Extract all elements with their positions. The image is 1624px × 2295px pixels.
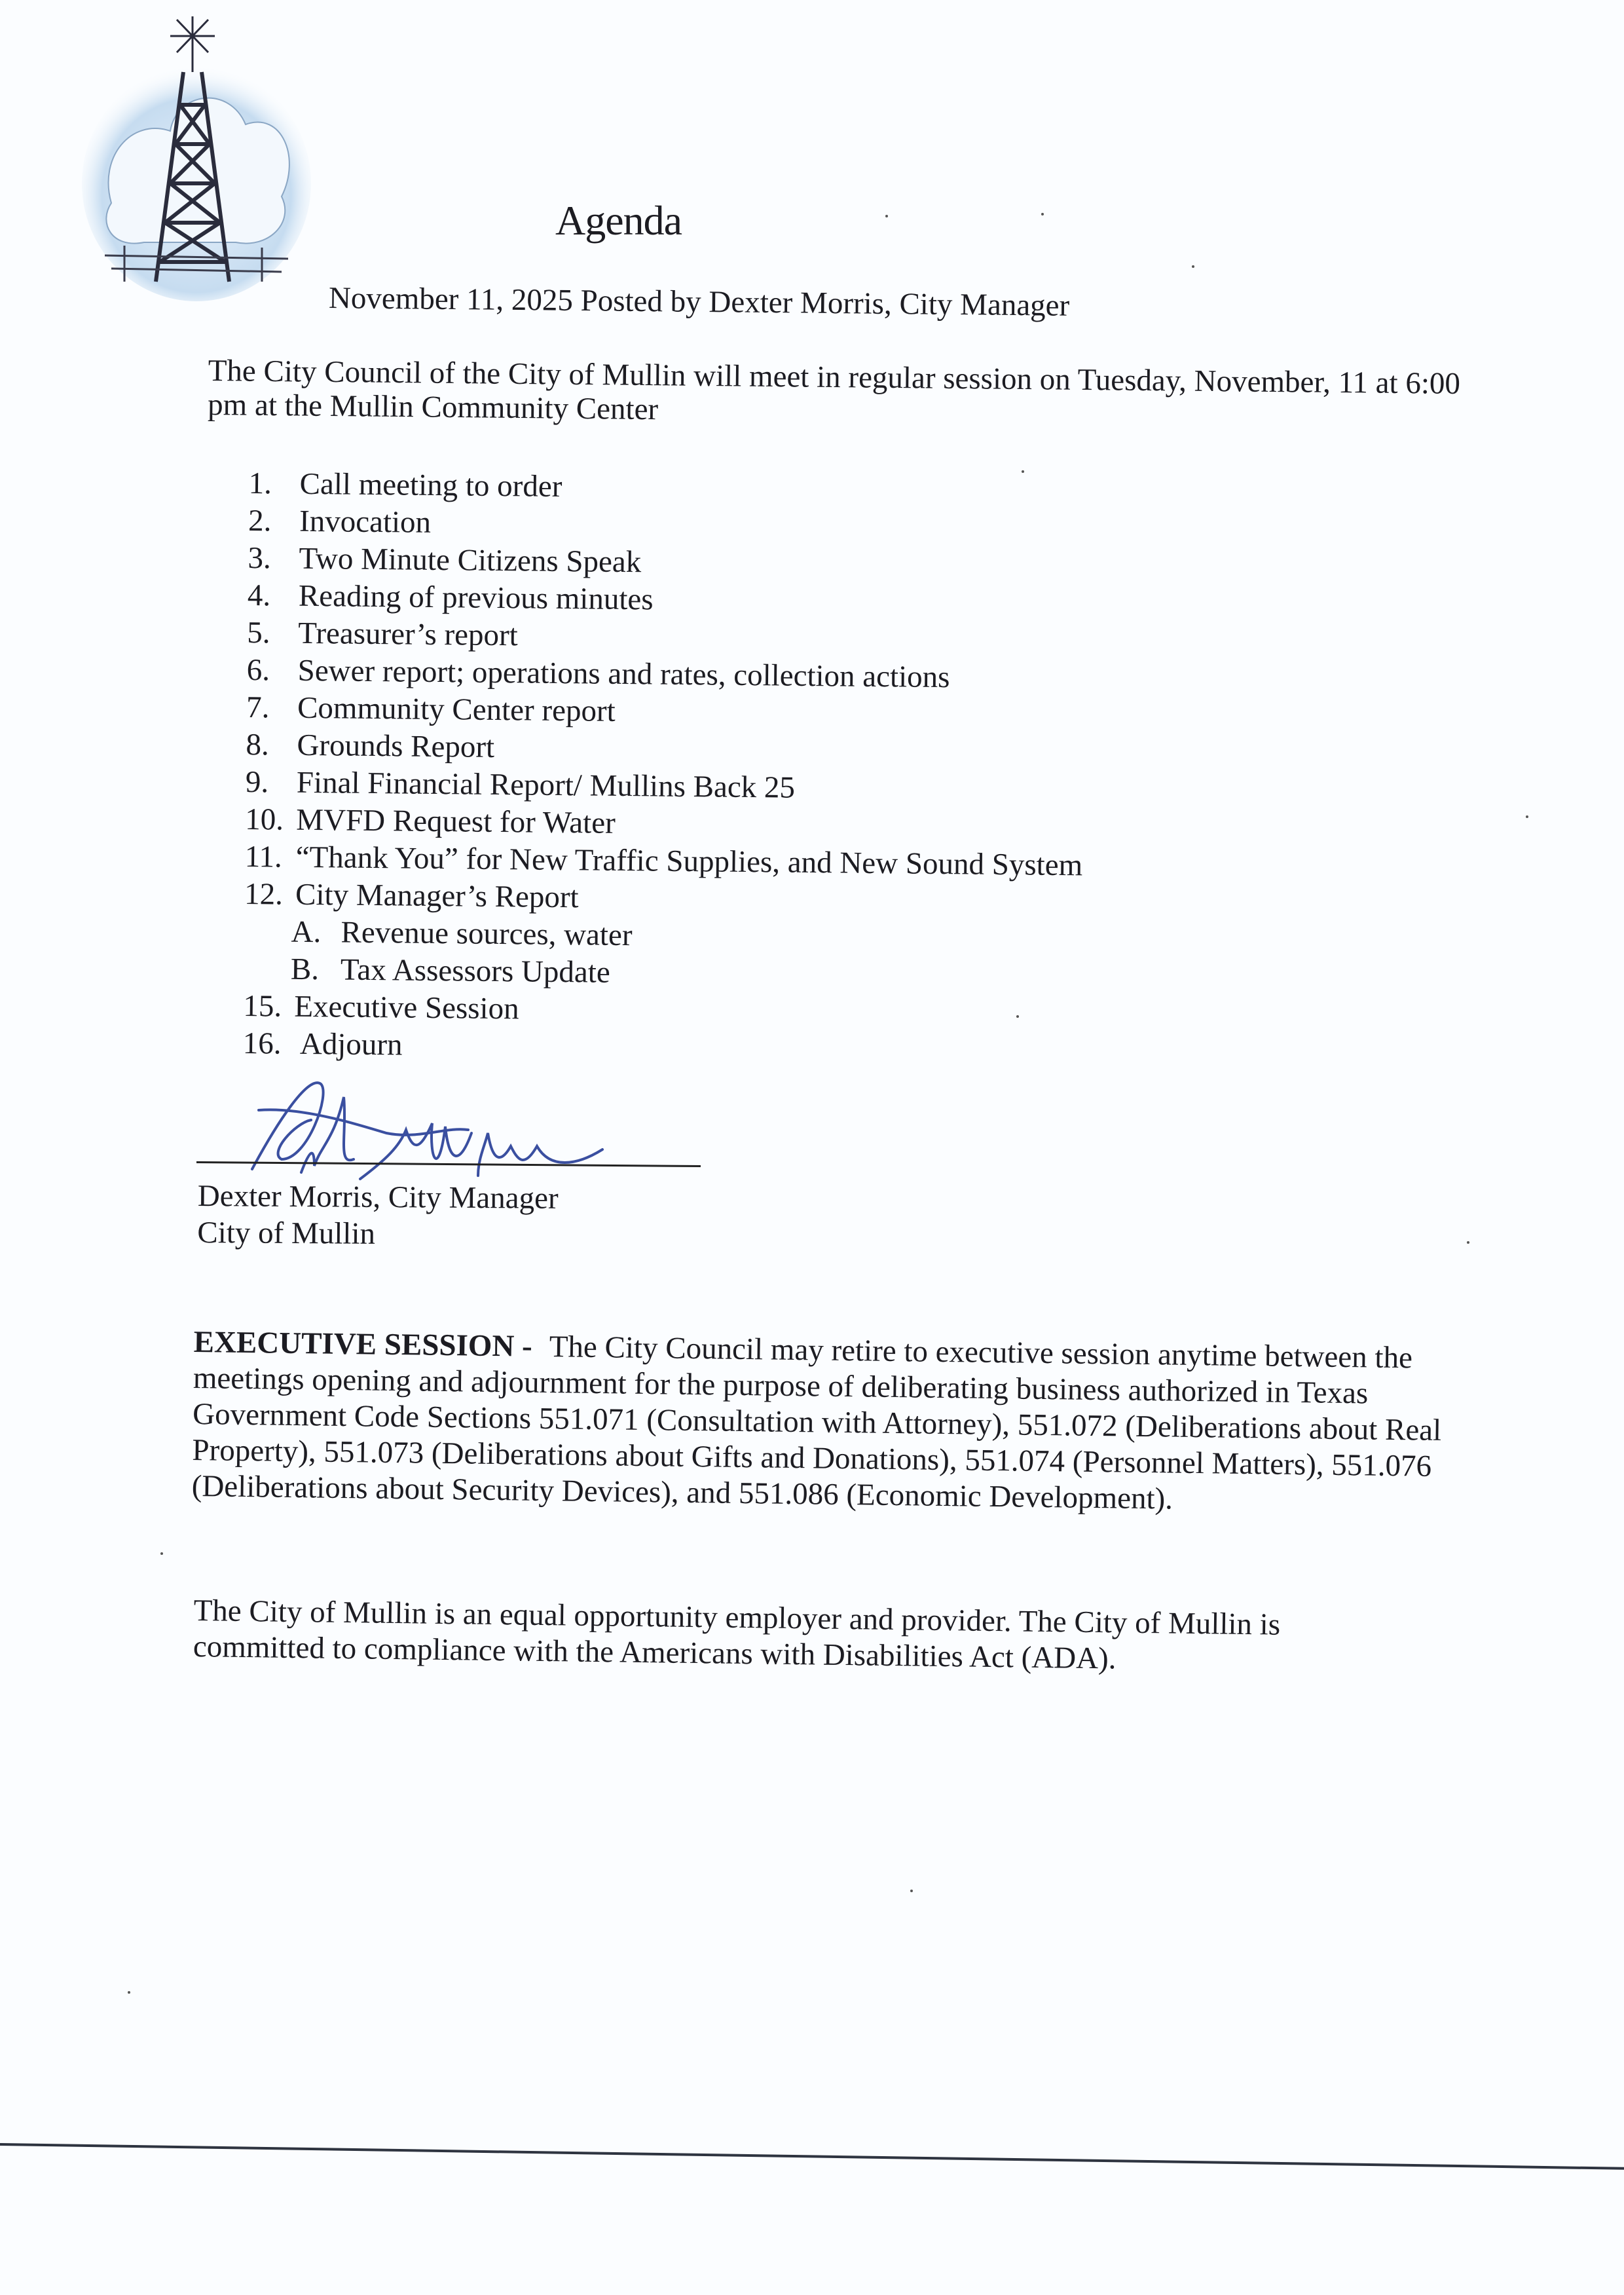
scan-speck: [1192, 265, 1194, 268]
agenda-item-number: A.: [291, 914, 341, 952]
agenda-item-text: Two Minute Citizens Speak: [299, 540, 641, 581]
posted-by-line: November 11, 2025 Posted by Dexter Morri…: [329, 280, 1070, 324]
agenda-item-text: Adjourn: [293, 1026, 402, 1064]
scan-page-edge: [0, 2143, 1624, 2170]
agenda-item-number: 12.: [244, 876, 296, 914]
agenda-item-text: MVFD Request for Water: [296, 802, 616, 842]
agenda-item-text: Treasurer’s report: [298, 615, 518, 655]
agenda-item-text: Community Center report: [297, 690, 616, 730]
agenda-item-number: 2.: [248, 502, 300, 540]
scan-speck: [1467, 1241, 1469, 1244]
agenda-list: 1.Call meeting to order2.Invocation3.Two…: [242, 465, 1086, 1071]
agenda-item-text: Executive Session: [294, 988, 519, 1028]
scan-speck: [1526, 815, 1528, 818]
agenda-item-text: Sewer report; operations and rates, coll…: [297, 652, 950, 696]
agenda-item-number: 7.: [246, 689, 298, 727]
agenda-item-text: Grounds Report: [297, 727, 494, 766]
agenda-item-number: 8.: [246, 726, 297, 764]
agenda-item-number: 1.: [248, 465, 300, 503]
scan-speck: [128, 1991, 130, 1994]
executive-session-label: EXECUTIVE SESSION -: [193, 1325, 532, 1364]
scan-speck: [1022, 470, 1024, 473]
windmill-icon: [72, 7, 321, 301]
agenda-item-number: B.: [291, 951, 341, 989]
agenda-item-text: Tax Assessors Update: [341, 952, 610, 992]
agenda-item-number: 16.: [242, 1025, 294, 1063]
equal-opportunity-statement: The City of Mullin is an equal opportuni…: [193, 1593, 1373, 1681]
signer-organization: City of Mullin: [197, 1214, 558, 1254]
agenda-item-text: City Manager’s Report: [295, 876, 579, 917]
signer-name-title: Dexter Morris, City Manager: [198, 1178, 559, 1217]
signer-block: Dexter Morris, City Manager City of Mull…: [197, 1178, 559, 1254]
meeting-intro: The City Council of the City of Mullin w…: [208, 354, 1492, 436]
agenda-item-text: Call meeting to order: [299, 466, 562, 506]
agenda-item-text: Final Financial Report/ Mullins Back 25: [297, 764, 796, 807]
executive-session-notice: EXECUTIVE SESSION -The City Council may …: [191, 1324, 1477, 1521]
page-title: Agenda: [555, 196, 682, 245]
signature-image: [196, 1061, 707, 1192]
agenda-item-text: Reading of previous minutes: [299, 578, 654, 619]
agenda-item-number: 6.: [246, 652, 298, 690]
agenda-item-number: 10.: [245, 801, 297, 839]
agenda-item-number: 4.: [248, 577, 299, 615]
agenda-item-text: Invocation: [299, 503, 432, 542]
agenda-item-number: 5.: [247, 614, 299, 652]
agenda-item-number: 3.: [248, 540, 299, 578]
scan-speck: [1016, 1015, 1019, 1018]
scan-speck: [885, 215, 888, 217]
scan-speck: [910, 1890, 913, 1892]
agenda-item-number: 15.: [243, 988, 295, 1026]
scanned-agenda-page: Agenda November 11, 2025 Posted by Dexte…: [0, 0, 1624, 2295]
agenda-item-text: Revenue sources, water: [341, 914, 633, 955]
scan-speck: [1041, 213, 1044, 215]
agenda-item-number: 9.: [246, 764, 297, 802]
scan-speck: [160, 1552, 163, 1555]
agenda-item-number: 11.: [244, 838, 296, 876]
